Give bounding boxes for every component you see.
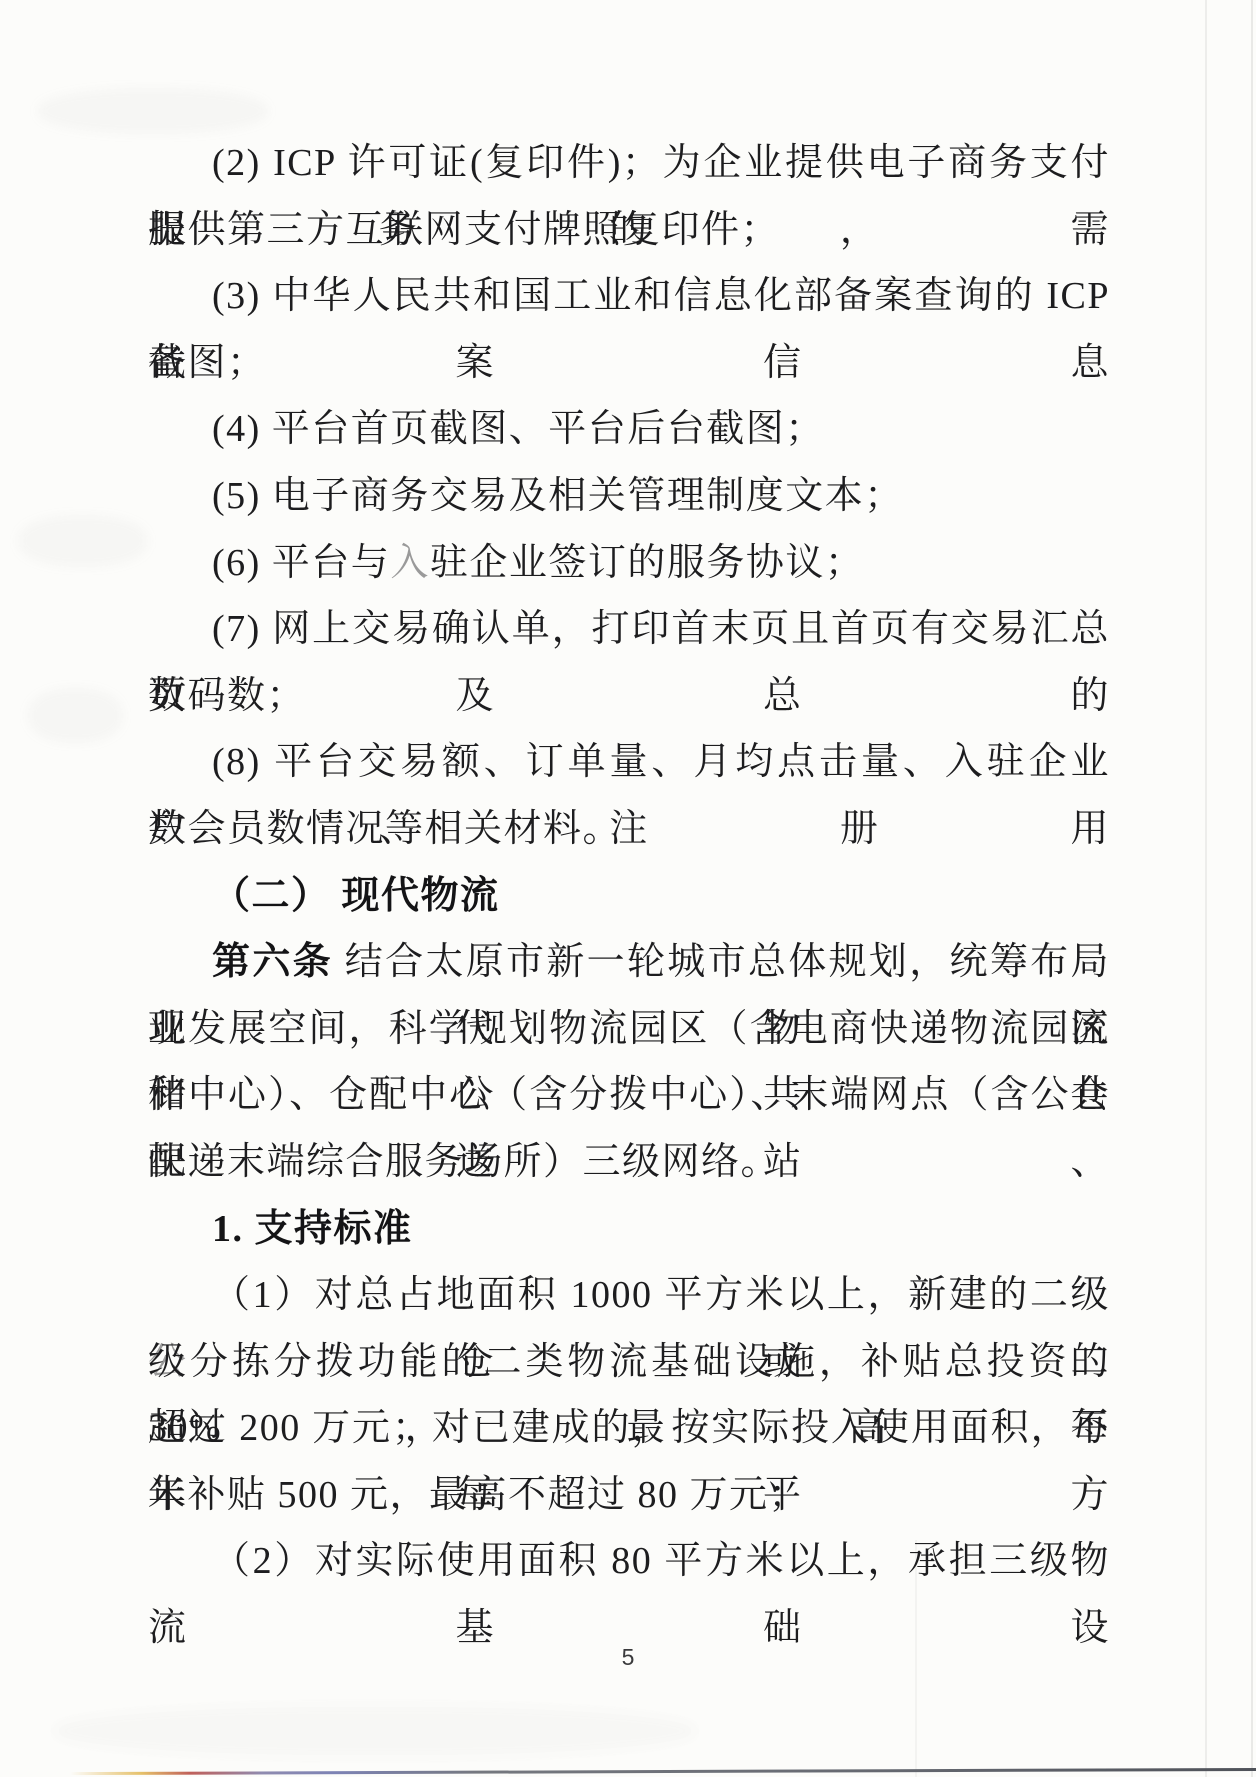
text-run: (6) 平台与 [212,542,390,584]
text-line: 级分拣分拨功能的二类物流基础设施，补贴总投资的 30%，最高不 [148,1329,1110,1396]
scan-smudge [55,1705,695,1757]
text-line: (8) 平台交易额、订单量、月均点击量、入驻企业数、注册用 [148,729,1110,796]
text-run-bold: （二） 现代物流 [212,875,500,917]
document-body: (2) ICP 许可证(复印件)；为企业提供电子商务支付服务的，需提供第三方互联… [148,130,1110,1595]
text-run: （2）对实际使用面积 80 平方米以上，承担三级物流基础设 [148,1540,1110,1649]
page-edge-line [1251,0,1253,1777]
text-line: （2）对实际使用面积 80 平方米以上，承担三级物流基础设 [148,1528,1110,1595]
text-line: (2) ICP 许可证(复印件)；为企业提供电子商务支付服务的，需 [148,130,1110,197]
text-run: 米补贴 500 元，最高不超过 80 万元； [148,1474,808,1516]
text-run: 页码数； [148,675,306,717]
text-run: （1）对总占地面积 1000 平方米以上，新建的二级 [212,1274,1110,1316]
text-line: （二） 现代物流 [148,863,1110,930]
text-line: (6) 平台与入驻企业签订的服务协议； [148,530,1110,597]
text-run: 截图； [148,342,267,384]
text-run-bold: 第六条 [212,941,333,983]
document-page: (2) ICP 许可证(复印件)；为企业提供电子商务支付服务的，需提供第三方互联… [0,0,1256,1777]
text-line: 超过 200 万元；对已建成的，按实际投入使用面积，每年每平方 [148,1395,1110,1462]
text-line: (7) 网上交易确认单，打印首末页且首页有交易汇总数及总的 [148,596,1110,663]
page-number: 5 [0,1644,1256,1671]
text-line: (5) 电子商务交易及相关管理制度文本； [148,463,1110,530]
scan-bottom-edge [70,1768,1256,1775]
text-run: (3) 中华人民共和国工业和信息化部备案查询的 ICP 备案信息 [148,275,1110,384]
text-line: 业发展空间，科学规划物流园区（含电商快递物流园区和公共仓 [148,996,1110,1063]
text-line: (4) 平台首页截图、平台后台截图； [148,396,1110,463]
text-line: (3) 中华人民共和国工业和信息化部备案查询的 ICP 备案信息 [148,263,1110,330]
text-run: (5) 电子商务交易及相关管理制度文本； [212,475,904,517]
text-run: 入 [390,542,430,584]
text-run: 提供第三方互联网支付牌照复印件； [148,209,780,251]
text-line: 第六条 结合太原市新一轮城市总体规划，统筹布局现代物流 [148,929,1110,996]
text-line: 储中心）、仓配中心（含分拨中心）、末端网点（含公共配送站、 [148,1062,1110,1129]
scan-smudge [38,88,268,134]
text-run: 快递末端综合服务场所）三级网络。 [148,1141,780,1183]
scan-smudge [18,515,148,567]
text-line: 1. 支持标准 [148,1196,1110,1263]
scan-smudge [28,688,123,743]
text-run: (4) 平台首页截图、平台后台截图； [212,408,825,450]
scan-fold-line [1205,0,1207,1777]
text-run: 户会员数情况等相关材料。 [148,808,622,850]
text-run: 驻企业签订的服务协议； [430,542,865,584]
text-line: （1）对总占地面积 1000 平方米以上，新建的二级公仓或二 [148,1262,1110,1329]
text-run-bold: 1. 支持标准 [212,1208,413,1250]
